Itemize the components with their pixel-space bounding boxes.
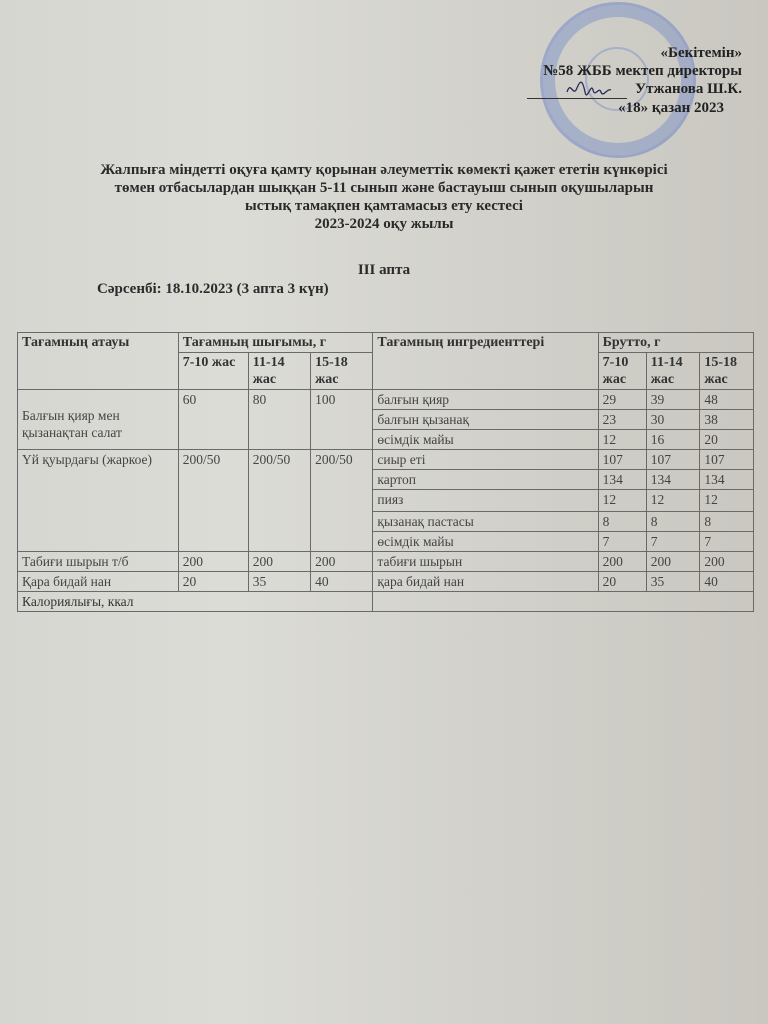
ingredient-brutto: 200: [598, 552, 646, 572]
ingredient-name: қара бидай нан: [373, 572, 598, 592]
ingredient-brutto: 12: [598, 430, 646, 450]
ingredient-brutto: 38: [700, 410, 754, 430]
ingredient-brutto: 20: [700, 430, 754, 450]
header-age-group: 15-18 жас: [311, 353, 373, 390]
day-label: Сәрсенбі: 18.10.2023 (3 апта 3 күн): [97, 281, 329, 298]
dish-name: Қара бидай нан: [18, 572, 179, 592]
table-row: Үй қуырдағы (жаркое)200/50200/50200/50си…: [18, 450, 754, 470]
header-age-group: 7-10 жас: [598, 353, 646, 390]
ingredient-name: өсімдік майы: [373, 430, 598, 450]
ingredient-name: қызанақ пастасы: [373, 512, 598, 532]
approval-date: «18» қазан 2023: [527, 99, 724, 117]
week-label: III апта: [0, 262, 768, 279]
ingredient-name: балғын қызанақ: [373, 410, 598, 430]
ingredient-name: табиғи шырын: [373, 552, 598, 572]
ingredient-brutto: 107: [598, 450, 646, 470]
ingredient-name: картоп: [373, 470, 598, 490]
ingredient-brutto: 12: [598, 490, 646, 512]
header-age-group: 11-14 жас: [646, 353, 700, 390]
dish-output: 80: [248, 390, 310, 450]
ingredient-brutto: 8: [646, 512, 700, 532]
ingredient-brutto: 7: [700, 532, 754, 552]
ingredient-brutto: 8: [700, 512, 754, 532]
header-ingredients: Тағамның ингредиенттері: [373, 333, 598, 390]
ingredient-brutto: 7: [598, 532, 646, 552]
dish-output: 200: [178, 552, 248, 572]
calories-label: Калориялығы, ккал: [18, 592, 373, 612]
header-row: Тағамның атауыТағамның шығымы, гТағамның…: [18, 333, 754, 353]
ingredient-brutto: 23: [598, 410, 646, 430]
menu-table: Тағамның атауыТағамның шығымы, гТағамның…: [17, 332, 754, 612]
ingredient-brutto: 12: [700, 490, 754, 512]
ingredient-brutto: 48: [700, 390, 754, 410]
dish-output: 20: [178, 572, 248, 592]
ingredient-brutto: 107: [700, 450, 754, 470]
header-dish-name: Тағамның атауы: [18, 333, 179, 390]
calories-value: [373, 592, 754, 612]
ingredient-brutto: 107: [646, 450, 700, 470]
ingredient-brutto: 16: [646, 430, 700, 450]
dish-output: 40: [311, 572, 373, 592]
ingredient-brutto: 8: [598, 512, 646, 532]
calories-row: Калориялығы, ккал: [18, 592, 754, 612]
ingredient-brutto: 39: [646, 390, 700, 410]
ingredient-name: пияз: [373, 490, 598, 512]
approval-position: №58 ЖББ мектеп директоры: [527, 62, 742, 80]
ingredient-brutto: 134: [598, 470, 646, 490]
header-output: Тағамның шығымы, г: [178, 333, 373, 353]
approval-heading: «Бекітемін»: [527, 44, 742, 62]
ingredient-name: балғын қияр: [373, 390, 598, 410]
ingredient-name: өсімдік майы: [373, 532, 598, 552]
document-title: Жалпыға міндетті оқуға қамту қорынан әле…: [0, 161, 768, 233]
ingredient-brutto: 29: [598, 390, 646, 410]
ingredient-name: сиыр еті: [373, 450, 598, 470]
dish-output: 200: [311, 552, 373, 572]
ingredient-brutto: 200: [646, 552, 700, 572]
ingredient-brutto: 7: [646, 532, 700, 552]
dish-output: 200/50: [248, 450, 310, 552]
dish-output: 200/50: [311, 450, 373, 552]
dish-output: 200/50: [178, 450, 248, 552]
ingredient-brutto: 12: [646, 490, 700, 512]
ingredient-brutto: 20: [598, 572, 646, 592]
ingredient-brutto: 134: [646, 470, 700, 490]
header-brutto: Брутто, г: [598, 333, 753, 353]
ingredient-brutto: 134: [700, 470, 754, 490]
ingredient-brutto: 35: [646, 572, 700, 592]
dish-name: Табиғи шырын т/б: [18, 552, 179, 572]
approval-block: «Бекітемін» №58 ЖББ мектеп директоры Утж…: [527, 44, 742, 117]
dish-output: 60: [178, 390, 248, 450]
dish-name: Үй қуырдағы (жаркое): [18, 450, 179, 552]
approval-signer: Утжанова Ш.К.: [527, 80, 742, 99]
ingredient-brutto: 200: [700, 552, 754, 572]
ingredient-brutto: 40: [700, 572, 754, 592]
signature-line: [527, 80, 627, 99]
header-age-group: 11-14 жас: [248, 353, 310, 390]
table-row: Қара бидай нан203540қара бидай нан203540: [18, 572, 754, 592]
header-age-group: 15-18 жас: [700, 353, 754, 390]
table-row: Табиғи шырын т/б200200200табиғи шырын200…: [18, 552, 754, 572]
dish-name: Балғын қияр мен қызанақтан салат: [18, 390, 179, 450]
dish-output: 100: [311, 390, 373, 450]
dish-output: 200: [248, 552, 310, 572]
dish-output: 35: [248, 572, 310, 592]
header-age-group: 7-10 жас: [178, 353, 248, 390]
ingredient-brutto: 30: [646, 410, 700, 430]
table-row: Балғын қияр мен қызанақтан салат6080100б…: [18, 390, 754, 410]
